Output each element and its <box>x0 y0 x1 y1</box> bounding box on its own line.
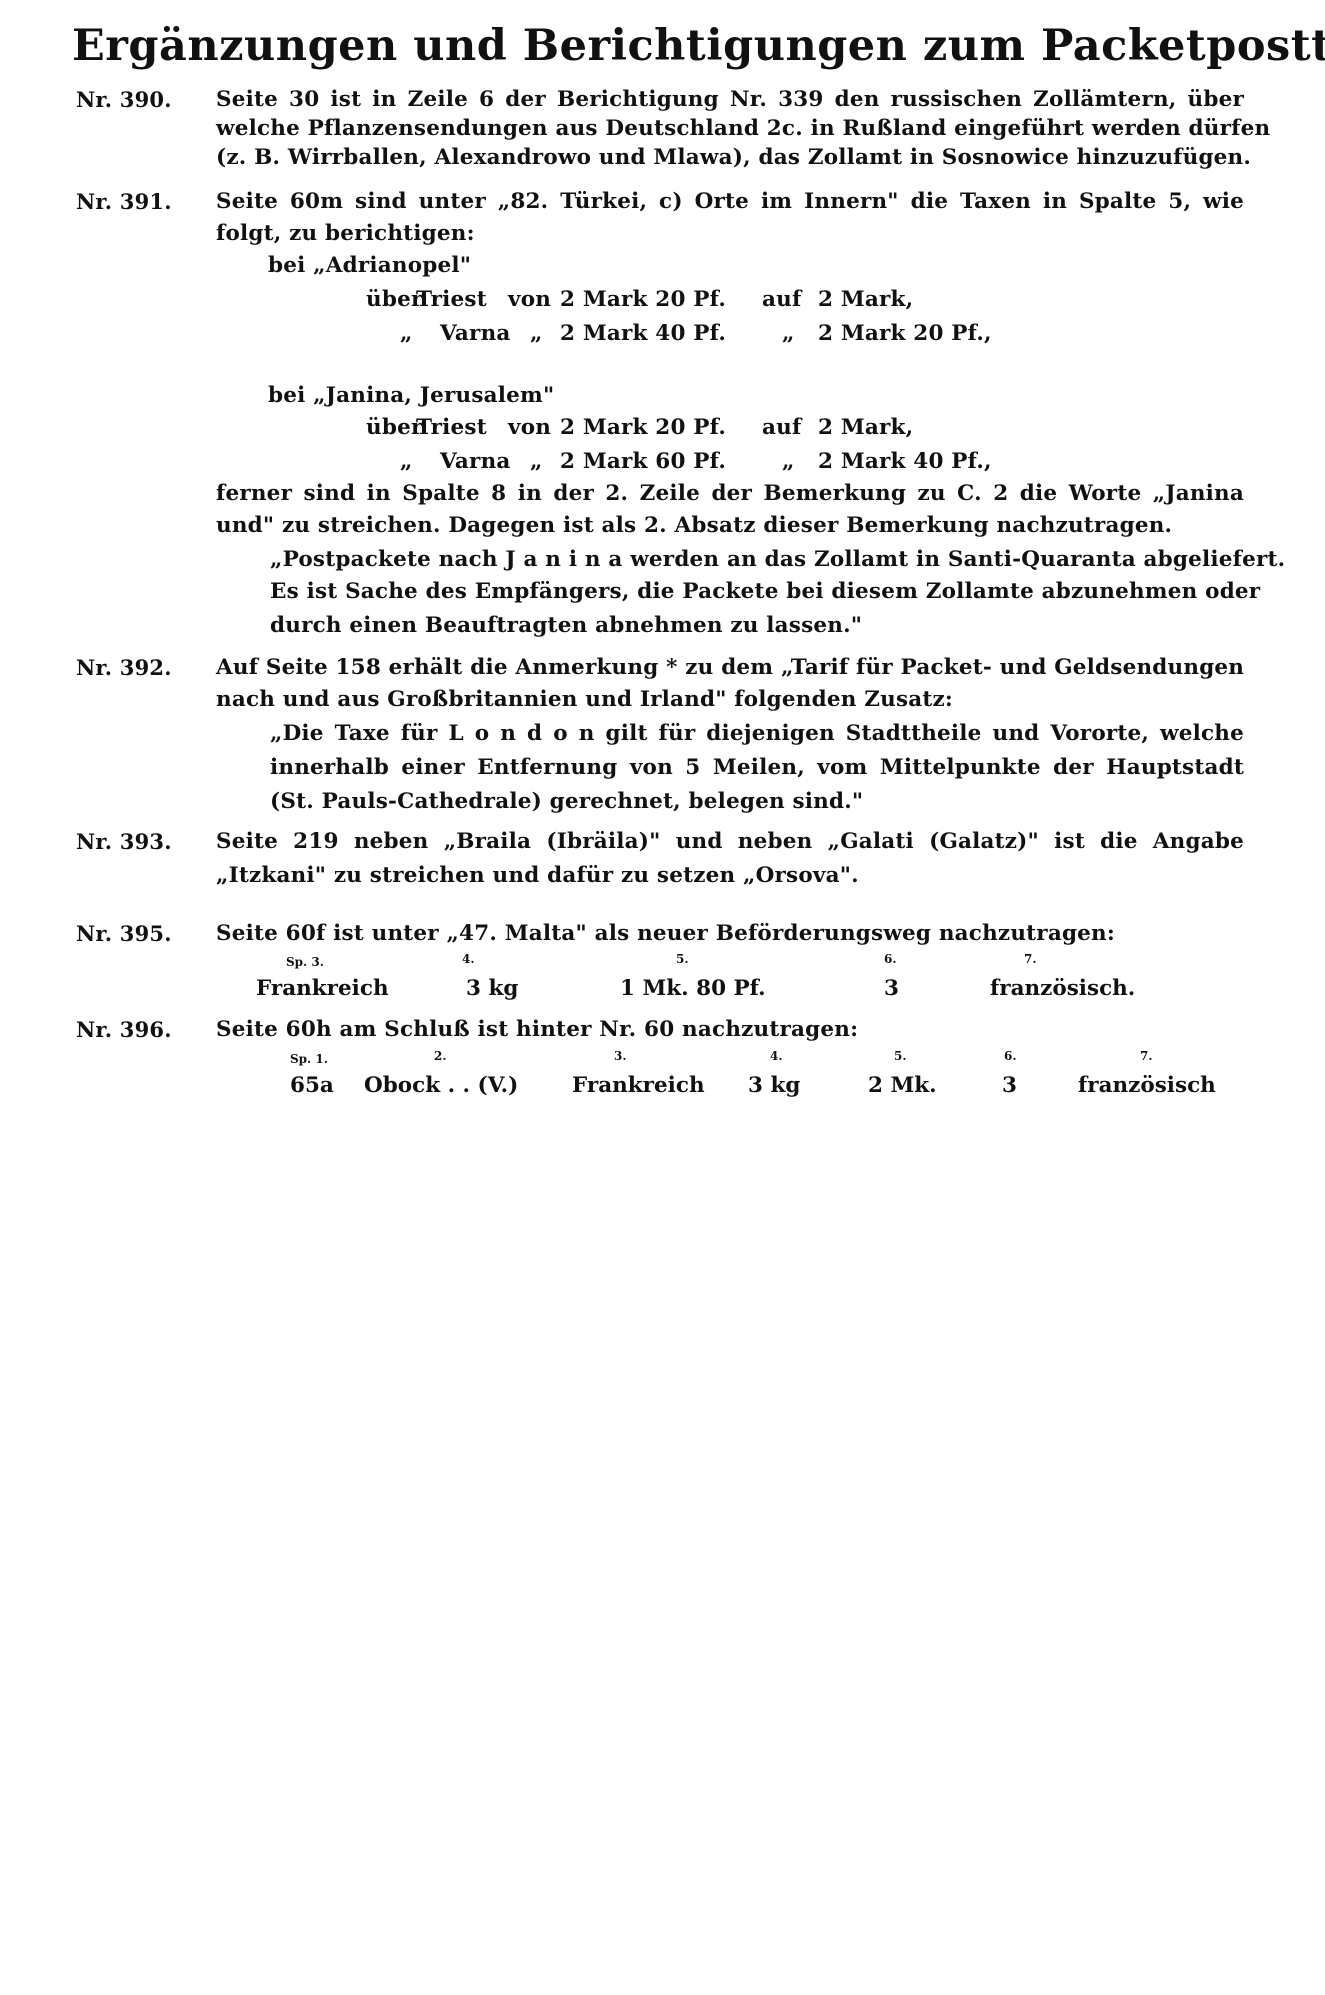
entry-391-continuation-2: und" zu streichen. Dagegen ist als 2. Ab… <box>216 512 1172 540</box>
entry-391-line-1: Seite 60m sind unter „82. Türkei, c) Ort… <box>216 188 1244 216</box>
entry-396-line-1: Seite 60h am Schluß ist hinter Nr. 60 na… <box>216 1016 858 1044</box>
entry-number-396: Nr. 396. <box>76 1016 172 1044</box>
table-396-header-6: 6. <box>1004 1049 1017 1063</box>
via-route: Varna <box>440 320 511 348</box>
london-quote-line-2: innerhalb einer Entfernung von 5 Meilen,… <box>270 754 1244 782</box>
to-word: auf <box>762 286 801 314</box>
entry-393-line-2: „Itzkani" zu streichen und dafür zu setz… <box>216 862 859 890</box>
entry-390-line-2: welche Pflanzensendungen aus Deutschland… <box>216 115 1244 143</box>
ditto-mark: „ <box>530 448 543 476</box>
ditto-mark: „ <box>530 320 543 348</box>
entry-395-line-1: Seite 60f ist unter „47. Malta" als neue… <box>216 920 1115 948</box>
london-quote-line-1: „Die Taxe für L o n d o n gilt für dieje… <box>270 720 1244 748</box>
table-396-country: Frankreich <box>572 1072 705 1100</box>
entry-392-line-1: Auf Seite 158 erhält die Anmerkung * zu … <box>216 654 1244 682</box>
entry-number-390: Nr. 390. <box>76 86 172 114</box>
entry-number-391: Nr. 391. <box>76 188 172 216</box>
table-395-weight: 3 kg <box>466 975 518 1003</box>
new-rate: 2 Mark 40 Pf., <box>818 448 992 476</box>
old-rate: 2 Mark 20 Pf. <box>560 414 726 442</box>
ditto-mark: „ <box>400 320 413 348</box>
entry-392-line-2: nach und aus Großbritannien und Irland" … <box>216 686 953 714</box>
via-prefix: über <box>366 286 422 314</box>
table-395-language: französisch. <box>990 975 1135 1003</box>
entry-390-line-3: (z. B. Wirrballen, Alexandrowo und Mlawa… <box>216 144 1244 172</box>
janina-quote-line-1: „Postpackete nach J a n i n a werden an … <box>270 546 1244 574</box>
new-rate: 2 Mark 20 Pf., <box>818 320 992 348</box>
table-396-header-2: 2. <box>434 1049 447 1063</box>
new-rate: 2 Mark, <box>818 414 913 442</box>
table-396-col6: 3 <box>1002 1072 1017 1100</box>
table-396-header-7: 7. <box>1140 1049 1153 1063</box>
entry-number-395: Nr. 395. <box>76 920 172 948</box>
from-word: von <box>508 286 551 314</box>
ditto-mark: „ <box>782 448 795 476</box>
janina-label: bei „Janina, Jerusalem" <box>268 382 554 410</box>
old-rate: 2 Mark 40 Pf. <box>560 320 726 348</box>
via-prefix: über <box>366 414 422 442</box>
ditto-mark: „ <box>400 448 413 476</box>
adrianopel-label: bei „Adrianopel" <box>268 252 471 280</box>
via-route: Triest <box>416 414 487 442</box>
entry-number-392: Nr. 392. <box>76 654 172 682</box>
entry-391-continuation-1: ferner sind in Spalte 8 in der 2. Zeile … <box>216 480 1244 508</box>
to-word: auf <box>762 414 801 442</box>
entry-number-393: Nr. 393. <box>76 828 172 856</box>
janina-quote-line-3: durch einen Beauftragten abnehmen zu las… <box>270 612 862 640</box>
janina-quote-line-2: Es ist Sache des Empfängers, die Packete… <box>270 578 1244 606</box>
via-route: Triest <box>416 286 487 314</box>
old-rate: 2 Mark 60 Pf. <box>560 448 726 476</box>
old-rate: 2 Mark 20 Pf. <box>560 286 726 314</box>
table-396-language: französisch <box>1078 1072 1216 1100</box>
table-396-weight: 3 kg <box>748 1072 800 1100</box>
table-396-header-5: 5. <box>894 1049 907 1063</box>
table-396-rate: 2 Mk. <box>868 1072 937 1100</box>
table-395-country: Frankreich <box>256 975 389 1003</box>
table-396-header-3: 3. <box>614 1049 627 1063</box>
ditto-mark: „ <box>782 320 795 348</box>
document-page: Ergänzungen und Berichtigungen zum Packe… <box>0 0 1325 1995</box>
table-395-header-5: 5. <box>676 952 689 966</box>
table-395-header-6: 6. <box>884 952 897 966</box>
table-395-header-sp3: Sp. 3. <box>286 955 324 969</box>
page-title: Ergänzungen und Berichtigungen zum Packe… <box>72 18 1252 74</box>
entry-391-line-2: folgt, zu berichtigen: <box>216 220 475 248</box>
london-quote-line-3: (St. Pauls-Cathedrale) gerechnet, belege… <box>270 788 863 816</box>
entry-390-line-1: Seite 30 ist in Zeile 6 der Berichtigung… <box>216 86 1244 114</box>
table-395-header-7: 7. <box>1024 952 1037 966</box>
via-route: Varna <box>440 448 511 476</box>
table-395-col6: 3 <box>884 975 899 1003</box>
from-word: von <box>508 414 551 442</box>
table-396-place: Obock . . (V.) <box>364 1072 518 1100</box>
table-396-number: 65a <box>290 1072 334 1100</box>
entry-393-line-1: Seite 219 neben „Braila (Ibräila)" und n… <box>216 828 1244 856</box>
table-395-rate: 1 Mk. 80 Pf. <box>620 975 766 1003</box>
new-rate: 2 Mark, <box>818 286 913 314</box>
table-396-header-sp1: Sp. 1. <box>290 1052 328 1066</box>
table-395-header-4: 4. <box>462 952 475 966</box>
table-396-header-4: 4. <box>770 1049 783 1063</box>
